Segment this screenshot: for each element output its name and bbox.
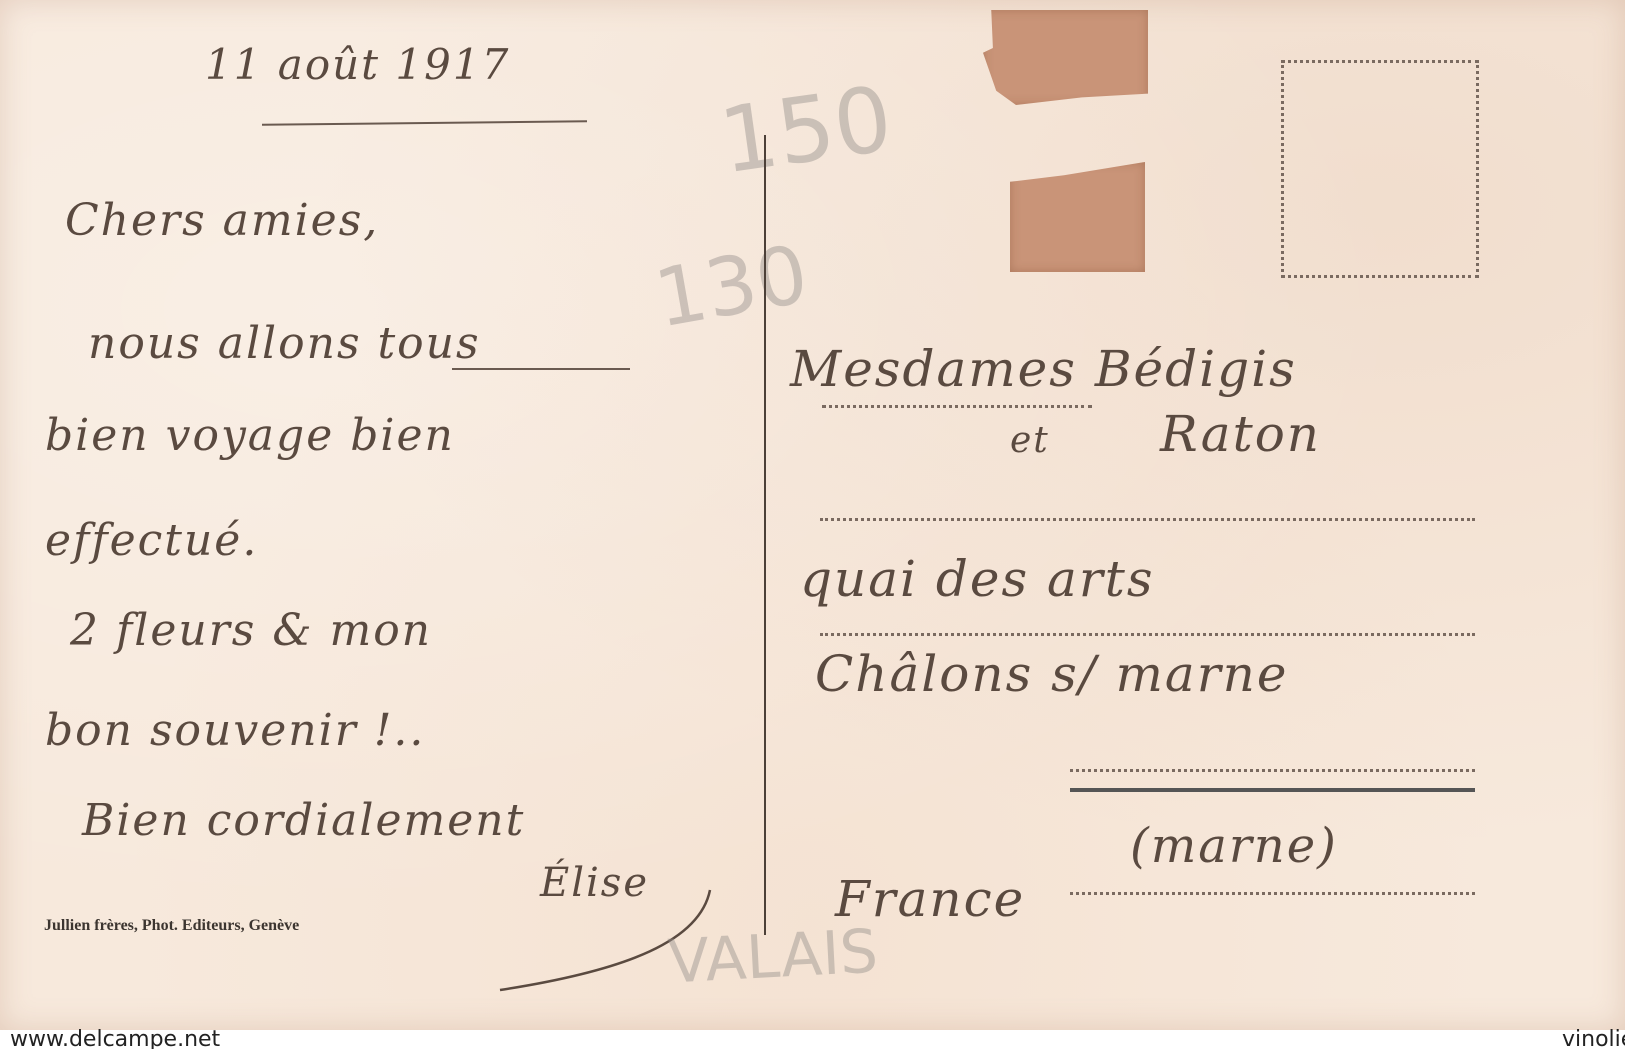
message-line-4: 2 fleurs & mon xyxy=(70,605,432,656)
message-line-5: bon souvenir !.. xyxy=(45,705,425,756)
address-conjunction: et xyxy=(1010,420,1050,461)
address-line-2: Raton xyxy=(1160,405,1321,463)
address-department: (marne) xyxy=(1130,818,1338,874)
date-text: 11 août 1917 xyxy=(205,40,510,89)
salutation-text: Chers amies, xyxy=(65,195,379,246)
message-line-2: bien voyage bien xyxy=(45,410,455,461)
message-line-3: effectué. xyxy=(45,515,258,566)
publisher-imprint: Jullien frères, Phot. Editeurs, Genève xyxy=(44,917,299,935)
address-country: France xyxy=(835,870,1025,928)
message-line-1: nous allons tous xyxy=(88,318,481,369)
address-solid-line xyxy=(1070,788,1475,792)
address-dotted-line-3 xyxy=(820,633,1475,636)
address-dotted-line-1 xyxy=(822,405,1092,408)
address-line-1: Mesdames Bédigis xyxy=(790,340,1297,398)
address-dotted-line-5 xyxy=(1070,892,1475,895)
address-line-4: Châlons s/ marne xyxy=(815,645,1288,703)
watermark-vinolie: vinolie xyxy=(1562,1030,1625,1049)
address-dotted-line-2 xyxy=(820,518,1475,521)
pencil-price: 150 xyxy=(714,67,899,195)
center-divider xyxy=(764,135,766,935)
tape-remnant-top xyxy=(983,10,1148,105)
postcard-back: 11 août 1917 Chers amies, nous allons to… xyxy=(0,0,1625,1030)
address-line-3: quai des arts xyxy=(800,550,1155,608)
pencil-region: VALAIS xyxy=(666,917,879,998)
pencil-left-number: 130 xyxy=(648,227,815,345)
address-dotted-line-4 xyxy=(1070,769,1475,772)
stamp-box xyxy=(1281,60,1479,278)
message-line-6: Bien cordialement xyxy=(82,795,525,846)
date-underline xyxy=(262,120,587,125)
watermark-delcampe: www.delcampe.net xyxy=(10,1030,220,1049)
tape-remnant-bottom xyxy=(1010,162,1145,272)
tous-underline xyxy=(452,368,630,370)
